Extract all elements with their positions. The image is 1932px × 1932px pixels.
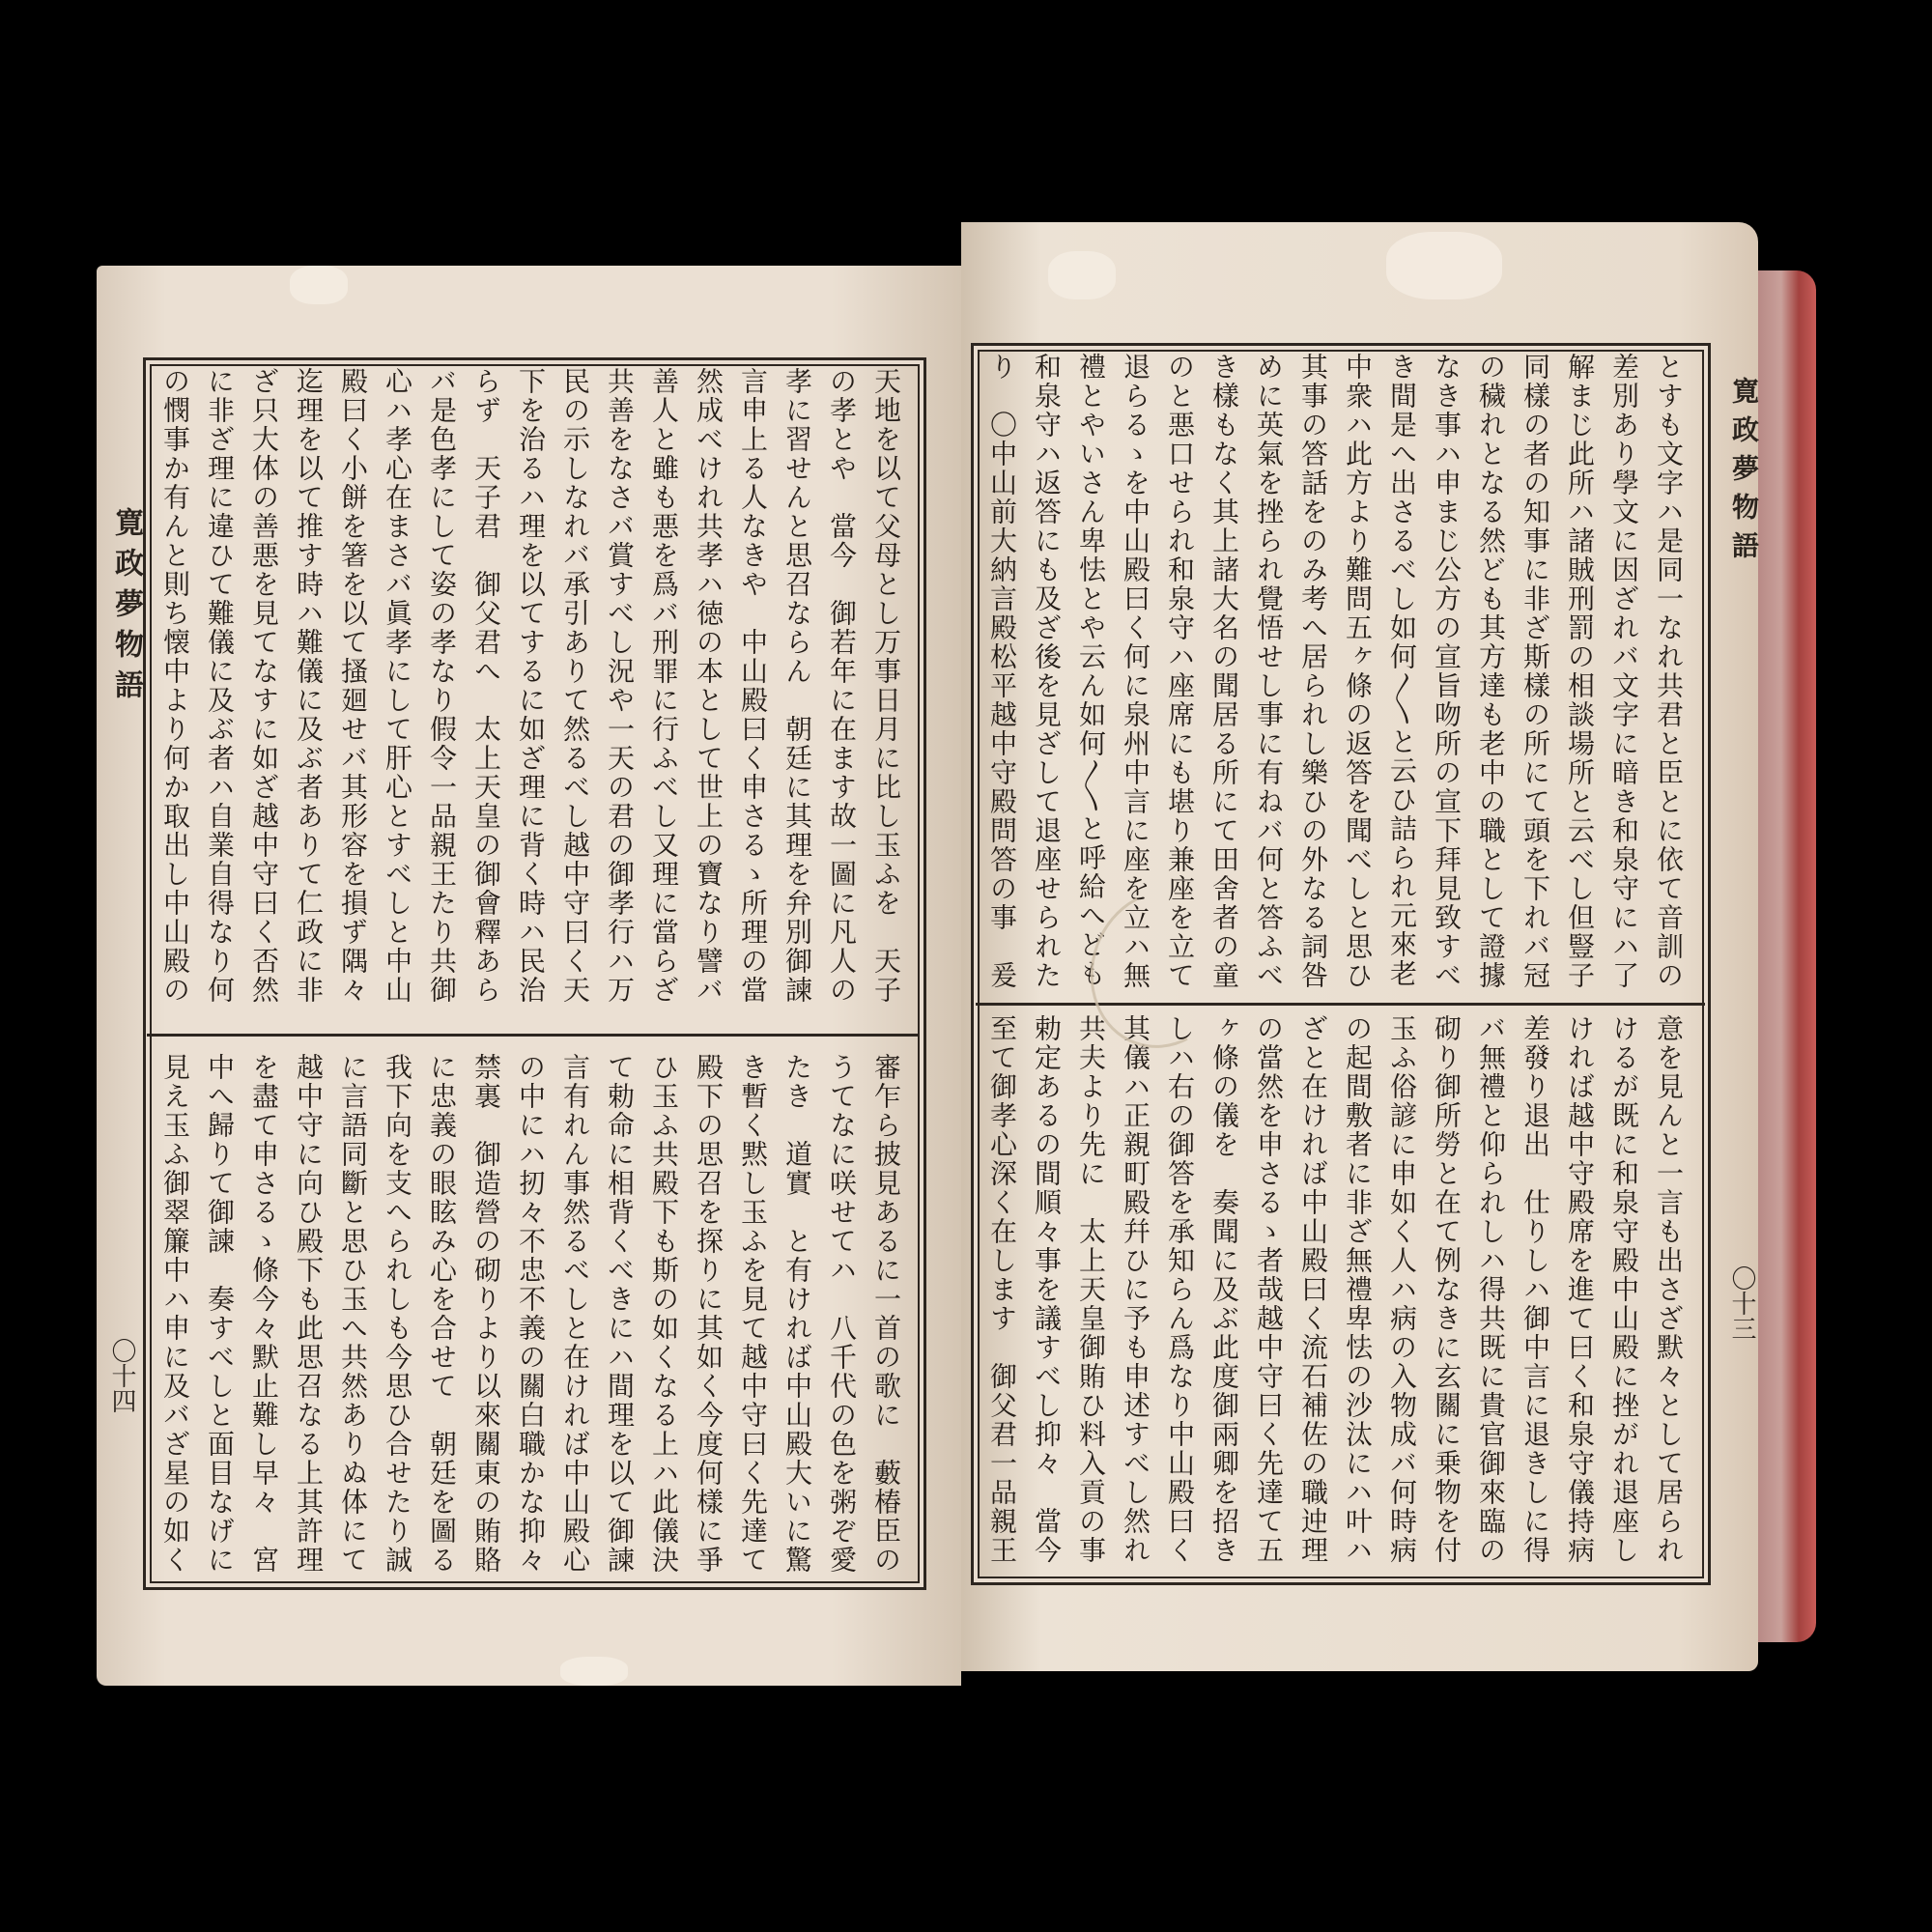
paper-damage bbox=[560, 1657, 628, 1686]
left-folio-number: 〇十四 bbox=[104, 1338, 140, 1413]
book-fore-edge bbox=[1758, 270, 1816, 1642]
right-margin-title: 寛政夢物語 bbox=[1724, 377, 1763, 570]
left-lower-text: 審乍ら披見あるに一首の歌に 藪椿臣のうてなに咲せてハ 八千代の色を粥ぞ愛たき 道… bbox=[164, 1053, 908, 1575]
right-lower-text: 意を見んと一言も出さざ默々として居られけるが既に和泉守殿中山殿に挫がれ退座しけれ… bbox=[985, 1014, 1690, 1570]
right-page-divider bbox=[976, 1003, 1705, 1006]
right-upper-text: とすも文字ハ是同一なれ共君と臣とに依て音訓の差別あり學文に因ざれバ文字に暗き和泉… bbox=[985, 353, 1690, 995]
right-folio-number: 〇十三 bbox=[1724, 1265, 1760, 1341]
paper-damage bbox=[1048, 251, 1116, 299]
right-page: とすも文字ハ是同一なれ共君と臣とに依て音訓の差別あり學文に因ざれバ文字に暗き和泉… bbox=[961, 222, 1758, 1671]
left-page-divider bbox=[147, 1034, 920, 1037]
left-page: 天地を以て父母とし万事日月に比し玉ふを 天子の孝とや 當今 御若年に在ます故一圖… bbox=[97, 266, 961, 1686]
left-margin-title: 寛政夢物語 bbox=[104, 507, 147, 710]
open-book: 天地を以て父母とし万事日月に比し玉ふを 天子の孝とや 當今 御若年に在ます故一圖… bbox=[97, 222, 1816, 1690]
paper-damage bbox=[290, 266, 348, 304]
paper-damage bbox=[1386, 232, 1502, 299]
left-upper-text: 天地を以て父母とし万事日月に比し玉ふを 天子の孝とや 當今 御若年に在ます故一圖… bbox=[164, 367, 908, 1024]
